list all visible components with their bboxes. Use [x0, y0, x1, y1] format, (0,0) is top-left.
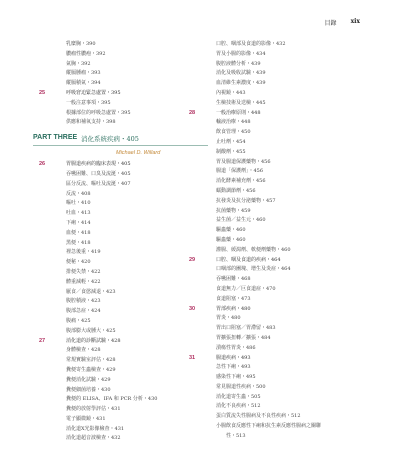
- toc-entry-text: 黑便・418: [66, 240, 91, 246]
- toc-entry: 消化道X光影像檢查・431: [66, 425, 216, 435]
- toc-entry-text: 體重減輕・422: [66, 279, 101, 285]
- toc-entry-text: 糞便寄生蟲檢查・429: [66, 367, 116, 373]
- toc-chapter-entry: 25呼吸窘迫緊急處置・395: [66, 89, 216, 99]
- toc-entry-text: 糞便的放射學評估・431: [66, 406, 121, 412]
- toc-entry: 胃及小腸的影像・434: [216, 50, 386, 60]
- page-number: xix: [351, 18, 360, 27]
- toc-entry-text: 呼吸窘迫緊急處置・395: [66, 90, 121, 96]
- toc-entry: 潰瘍性胃炎・486: [216, 344, 386, 354]
- toc-right-column: 口腔、咽部及食道的影像・432胃及小腸的影像・434腹腔液體分析・439消化及吸…: [216, 40, 386, 442]
- toc-entry-text: 消化道寄生蟲・505: [216, 394, 261, 400]
- toc-entry: 內視鏡・443: [216, 89, 386, 99]
- toc-entry: 糞便消化試驗・429: [66, 376, 216, 386]
- toc-entry: 消化不良疾病・512: [216, 402, 386, 412]
- toc-entry-text: 食道無力／巨食道症・470: [216, 286, 276, 292]
- toc-entry: 氣胸・392: [66, 60, 216, 70]
- toc-entry: 下痢・414: [66, 219, 216, 229]
- toc-entry: 驅蟲藥・460: [216, 226, 386, 236]
- toc-entry: 反流・408: [66, 190, 216, 200]
- chapter-number: 28: [189, 109, 195, 119]
- toc-entry: 性・513: [216, 432, 386, 442]
- chapter-number: 30: [189, 305, 195, 315]
- toc-entry-text: 區分反流、嘔吐及流涎・407: [66, 181, 131, 187]
- toc-entry-text: 血清維生素濃度・439: [216, 80, 266, 86]
- toc-entry: 一般注意事項・395: [66, 99, 216, 109]
- toc-chapter-entry: 29口腔、咽及食道的疾病・464: [216, 256, 386, 266]
- toc-entry-text: 胃炎・480: [216, 315, 241, 321]
- section-label: 目錄: [325, 18, 337, 27]
- part-label: PART THREE: [33, 134, 77, 141]
- toc-entry-text: 胃出口阻塞／胃滯留・483: [216, 325, 276, 331]
- toc-entry-text: 身體檢查・428: [66, 347, 101, 353]
- toc-entry-text: 消化酵素補充劑・456: [216, 178, 266, 184]
- toc-entry-text: 消化道的診斷試驗・428: [66, 338, 121, 344]
- toc-entry-text: 蛋白質流失性腸病及不良性疾病・512: [216, 413, 301, 419]
- toc-entry-text: 驅蟲藥・460: [216, 237, 246, 243]
- chapter-number: 31: [189, 354, 195, 364]
- toc-entry: 輸液治療・448: [216, 118, 386, 128]
- toc-entry-text: 飲食管理・450: [216, 129, 251, 135]
- toc-entry: 感染性下痢・495: [216, 373, 386, 383]
- toc-entry: 胃出口阻塞／胃滯留・483: [216, 324, 386, 334]
- part-author: Michael D. Willard: [66, 148, 216, 160]
- toc-entry: 吞嚥困難、口臭及流涎・405: [66, 170, 216, 180]
- part-heading: PART THREE 消化系統疾病・405: [66, 134, 216, 148]
- toc-entry-text: 一般注意事項・395: [66, 100, 111, 106]
- toc-entry: 飲食管理・450: [216, 128, 386, 138]
- toc-entry-text: 抗發炎及抗分泌藥物・457: [216, 198, 276, 204]
- toc-entry-text: 血便・418: [66, 230, 91, 236]
- toc-chapter-entry: 30胃部疾病・480: [216, 305, 386, 315]
- toc-entry: 腸道「保護劑」・456: [216, 167, 386, 177]
- toc-entry-text: 腸道疾病・493: [216, 355, 251, 361]
- toc-entry-text: 止吐劑・454: [216, 139, 246, 145]
- toc-entry: 嘔吐・410: [66, 199, 216, 209]
- toc-entry-text: 消化道超音波檢查・432: [66, 435, 121, 441]
- toc-entry-text: 蠕動調節劑・456: [216, 188, 256, 194]
- toc-entry: 灌腸、緩瀉劑、軟便劑藥物・460: [216, 246, 386, 256]
- toc-entry: 抗發炎及抗分泌藥物・457: [216, 197, 386, 207]
- toc-entry: 縱膈積氣・394: [66, 79, 216, 89]
- toc-entry: 電子顯微鏡・431: [66, 415, 216, 425]
- toc-entry-text: 吐血・413: [66, 210, 91, 216]
- toc-entry-text: 下痢・414: [66, 220, 91, 226]
- toc-entry: 黑便・418: [66, 239, 216, 249]
- toc-entry-text: 吞嚥困難、口臭及流涎・405: [66, 171, 131, 177]
- toc-entry-text: 消化道X光影像檢查・431: [66, 426, 124, 432]
- toc-entry: 胃擴張扭轉／擴張・484: [216, 334, 386, 344]
- toc-entry-text: 腸道「保護劑」・456: [216, 168, 263, 174]
- toc-entry-text: 糞便細菌培養・430: [66, 387, 111, 393]
- toc-entry: 食道無力／巨食道症・470: [216, 285, 386, 295]
- toc-entry: 糞便細菌培養・430: [66, 386, 216, 396]
- toc-entry-text: 常見腸道性疾病・500: [216, 384, 266, 390]
- toc-entry: 胃炎・480: [216, 314, 386, 324]
- toc-entry-text: 胃及小腸的影像・434: [216, 51, 266, 57]
- toc-entry: 驅蟲藥・460: [216, 236, 386, 246]
- toc-entry: 體重減輕・422: [66, 278, 216, 288]
- toc-entry-text: 供應和補氧支持・398: [66, 119, 116, 125]
- toc-entry: 制酸劑・455: [216, 148, 386, 158]
- toc-entry: 糞便的 ELISA、IFA 和 PCR 分析・430: [66, 395, 216, 405]
- chapter-number: 26: [39, 160, 45, 170]
- toc-chapter-entry: 31腸道疾病・493: [216, 354, 386, 364]
- toc-chapter-entry: 28一般治療原則・448: [216, 109, 386, 119]
- toc-entry-text: 驅蟲藥・460: [216, 227, 246, 233]
- toc-entry-text: 抗菌藥物・459: [216, 208, 251, 214]
- toc-entry-text: 電子顯微鏡・431: [66, 416, 106, 422]
- toc-entry-text: 急性下痢・493: [216, 364, 251, 370]
- toc-entry: 排便失禁・422: [66, 268, 216, 278]
- toc-entry-text: 吞嚥困難・468: [216, 276, 251, 282]
- toc-entry-text: 腹部膨大或腫大・425: [66, 328, 116, 334]
- toc-entry: 膿瘤性膿疱・392: [66, 50, 216, 60]
- toc-entry-text: 便秘・420: [66, 259, 91, 265]
- toc-entry: 生檢技術及送檢・445: [216, 99, 386, 109]
- toc-entry-text: 胃擴張扭轉／擴張・484: [216, 335, 271, 341]
- toc-entry: 縱膈腫瘤・393: [66, 69, 216, 79]
- toc-entry: 腹腔液體分析・439: [216, 60, 386, 70]
- toc-entry-text: 腹痛・425: [66, 318, 91, 324]
- toc-entry: 血清維生素濃度・439: [216, 79, 386, 89]
- toc-entry: 糞便的放射學評估・431: [66, 405, 216, 415]
- toc-entry: 小腸飲食反應性下痢和抗生素反應性腸病之關聯: [216, 422, 386, 432]
- toc-entry-text: 腹腔液體分析・439: [216, 61, 261, 67]
- toc-chapter-entry: 27消化道的診斷試驗・428: [66, 337, 216, 347]
- toc-entry: 消化道超音波檢查・432: [66, 434, 216, 444]
- toc-entry-text: 生檢技術及送檢・445: [216, 100, 266, 106]
- part-divider: [33, 145, 208, 146]
- toc-entry-text: 縱膈腫瘤・393: [66, 70, 101, 76]
- toc-entry: 消化酵素補充劑・456: [216, 177, 386, 187]
- toc-entry: 厭食／食慾減退・423: [66, 288, 216, 298]
- toc-entry-text: 食道阻塞・473: [216, 296, 251, 302]
- page-header: 目錄 xix: [325, 18, 360, 27]
- toc-entry: 抗菌藥物・459: [216, 207, 386, 217]
- toc-entry: 消化及吸收試驗・439: [216, 69, 386, 79]
- toc-entry-text: 縱膈積氣・394: [66, 80, 101, 86]
- toc-entry-text: 口腔、咽部及食道的影像・432: [216, 41, 286, 47]
- toc-entry-text: 反流・408: [66, 191, 91, 197]
- chapter-number: 29: [189, 256, 195, 266]
- toc-entry-text: 制酸劑・455: [216, 149, 246, 155]
- toc-entry: 吞嚥困難・468: [216, 275, 386, 285]
- toc-entry: 口咽部的團塊、增生及炎症・464: [216, 265, 386, 275]
- part-title: 消化系統疾病・405: [81, 134, 139, 143]
- toc-entry-text: 腹腔積液・423: [66, 298, 101, 304]
- toc-entry-text: 消化不良疾病・512: [216, 403, 261, 409]
- toc-entry-text: 胃部疾病・480: [216, 306, 251, 312]
- chapter-number: 25: [39, 89, 45, 99]
- toc-entry-text: 性・513: [226, 433, 246, 439]
- toc-entry: 益生菌／益生元・460: [216, 216, 386, 226]
- toc-entry: 糞便寄生蟲檢查・429: [66, 366, 216, 376]
- toc-entry-text: 厭食／食慾減退・423: [66, 289, 116, 295]
- toc-entry-text: 消化及吸收試驗・439: [216, 70, 266, 76]
- toc-entry-text: 小腸飲食反應性下痢和抗生素反應性腸病之關聯: [216, 423, 321, 429]
- toc-entry: 供應和補氧支持・398: [66, 118, 216, 128]
- toc-entry-text: 胃及腸道保護藥物・456: [216, 159, 271, 165]
- toc-entry-text: 膿瘤性膿疱・392: [66, 51, 106, 57]
- toc-entry: 吐血・413: [66, 209, 216, 219]
- toc-entry-text: 腹部急症・424: [66, 308, 101, 314]
- toc-entry: 常見腸道性疾病・500: [216, 383, 386, 393]
- toc-chapter-entry: 26胃腸道疾病的臨床表現・405: [66, 160, 216, 170]
- toc-entry: 區分反流、嘔吐及流涎・407: [66, 180, 216, 190]
- toc-entry-text: 根據部位的呼吸急處置・395: [66, 110, 131, 116]
- toc-entry-text: 常規實驗室評估・428: [66, 357, 116, 363]
- toc-entry: 腹痛・425: [66, 317, 216, 327]
- toc-entry: 口腔、咽部及食道的影像・432: [216, 40, 386, 50]
- toc-entry: 止吐劑・454: [216, 138, 386, 148]
- toc-entry-text: 排便失禁・422: [66, 269, 101, 275]
- toc-entry-text: 氣胸・392: [66, 61, 91, 67]
- toc-entry-text: 潰瘍性胃炎・486: [216, 345, 256, 351]
- toc-entry-text: 胃腸道疾病的臨床表現・405: [66, 161, 131, 167]
- toc-entry: 乳糜胸・390: [66, 40, 216, 50]
- toc-entry-text: 輸液治療・448: [216, 119, 251, 125]
- toc-entry-text: 益生菌／益生元・460: [216, 217, 266, 223]
- toc-entry-text: 嘔吐・410: [66, 200, 91, 206]
- toc-entry-text: 內視鏡・443: [216, 90, 246, 96]
- chapter-number: 27: [39, 337, 45, 347]
- toc-entry: 蠕動調節劑・456: [216, 187, 386, 197]
- toc-entry-text: 口腔、咽及食道的疾病・464: [216, 257, 281, 263]
- toc-entry-text: 裡急後重・419: [66, 249, 101, 255]
- toc-entry-text: 一般治療原則・448: [216, 110, 261, 116]
- toc-entry: 胃及腸道保護藥物・456: [216, 158, 386, 168]
- toc-entry: 蛋白質流失性腸病及不良性疾病・512: [216, 412, 386, 422]
- toc-entry-text: 口咽部的團塊、增生及炎症・464: [216, 266, 291, 272]
- toc-entry-text: 乳糜胸・390: [66, 41, 96, 47]
- toc-entry-text: 感染性下痢・495: [216, 374, 256, 380]
- toc-left-column: 乳糜胸・390膿瘤性膿疱・392氣胸・392縱膈腫瘤・393縱膈積氣・39425…: [66, 40, 216, 444]
- toc-entry: 消化道寄生蟲・505: [216, 393, 386, 403]
- toc-entry: 急性下痢・493: [216, 363, 386, 373]
- toc-entry-text: 糞便消化試驗・429: [66, 377, 111, 383]
- toc-entry: 腹部膨大或腫大・425: [66, 327, 216, 337]
- toc-entry-text: 灌腸、緩瀉劑、軟便劑藥物・460: [216, 247, 291, 253]
- toc-entry: 血便・418: [66, 229, 216, 239]
- toc-entry-text: 糞便的 ELISA、IFA 和 PCR 分析・430: [66, 396, 157, 402]
- toc-entry: 食道阻塞・473: [216, 295, 386, 305]
